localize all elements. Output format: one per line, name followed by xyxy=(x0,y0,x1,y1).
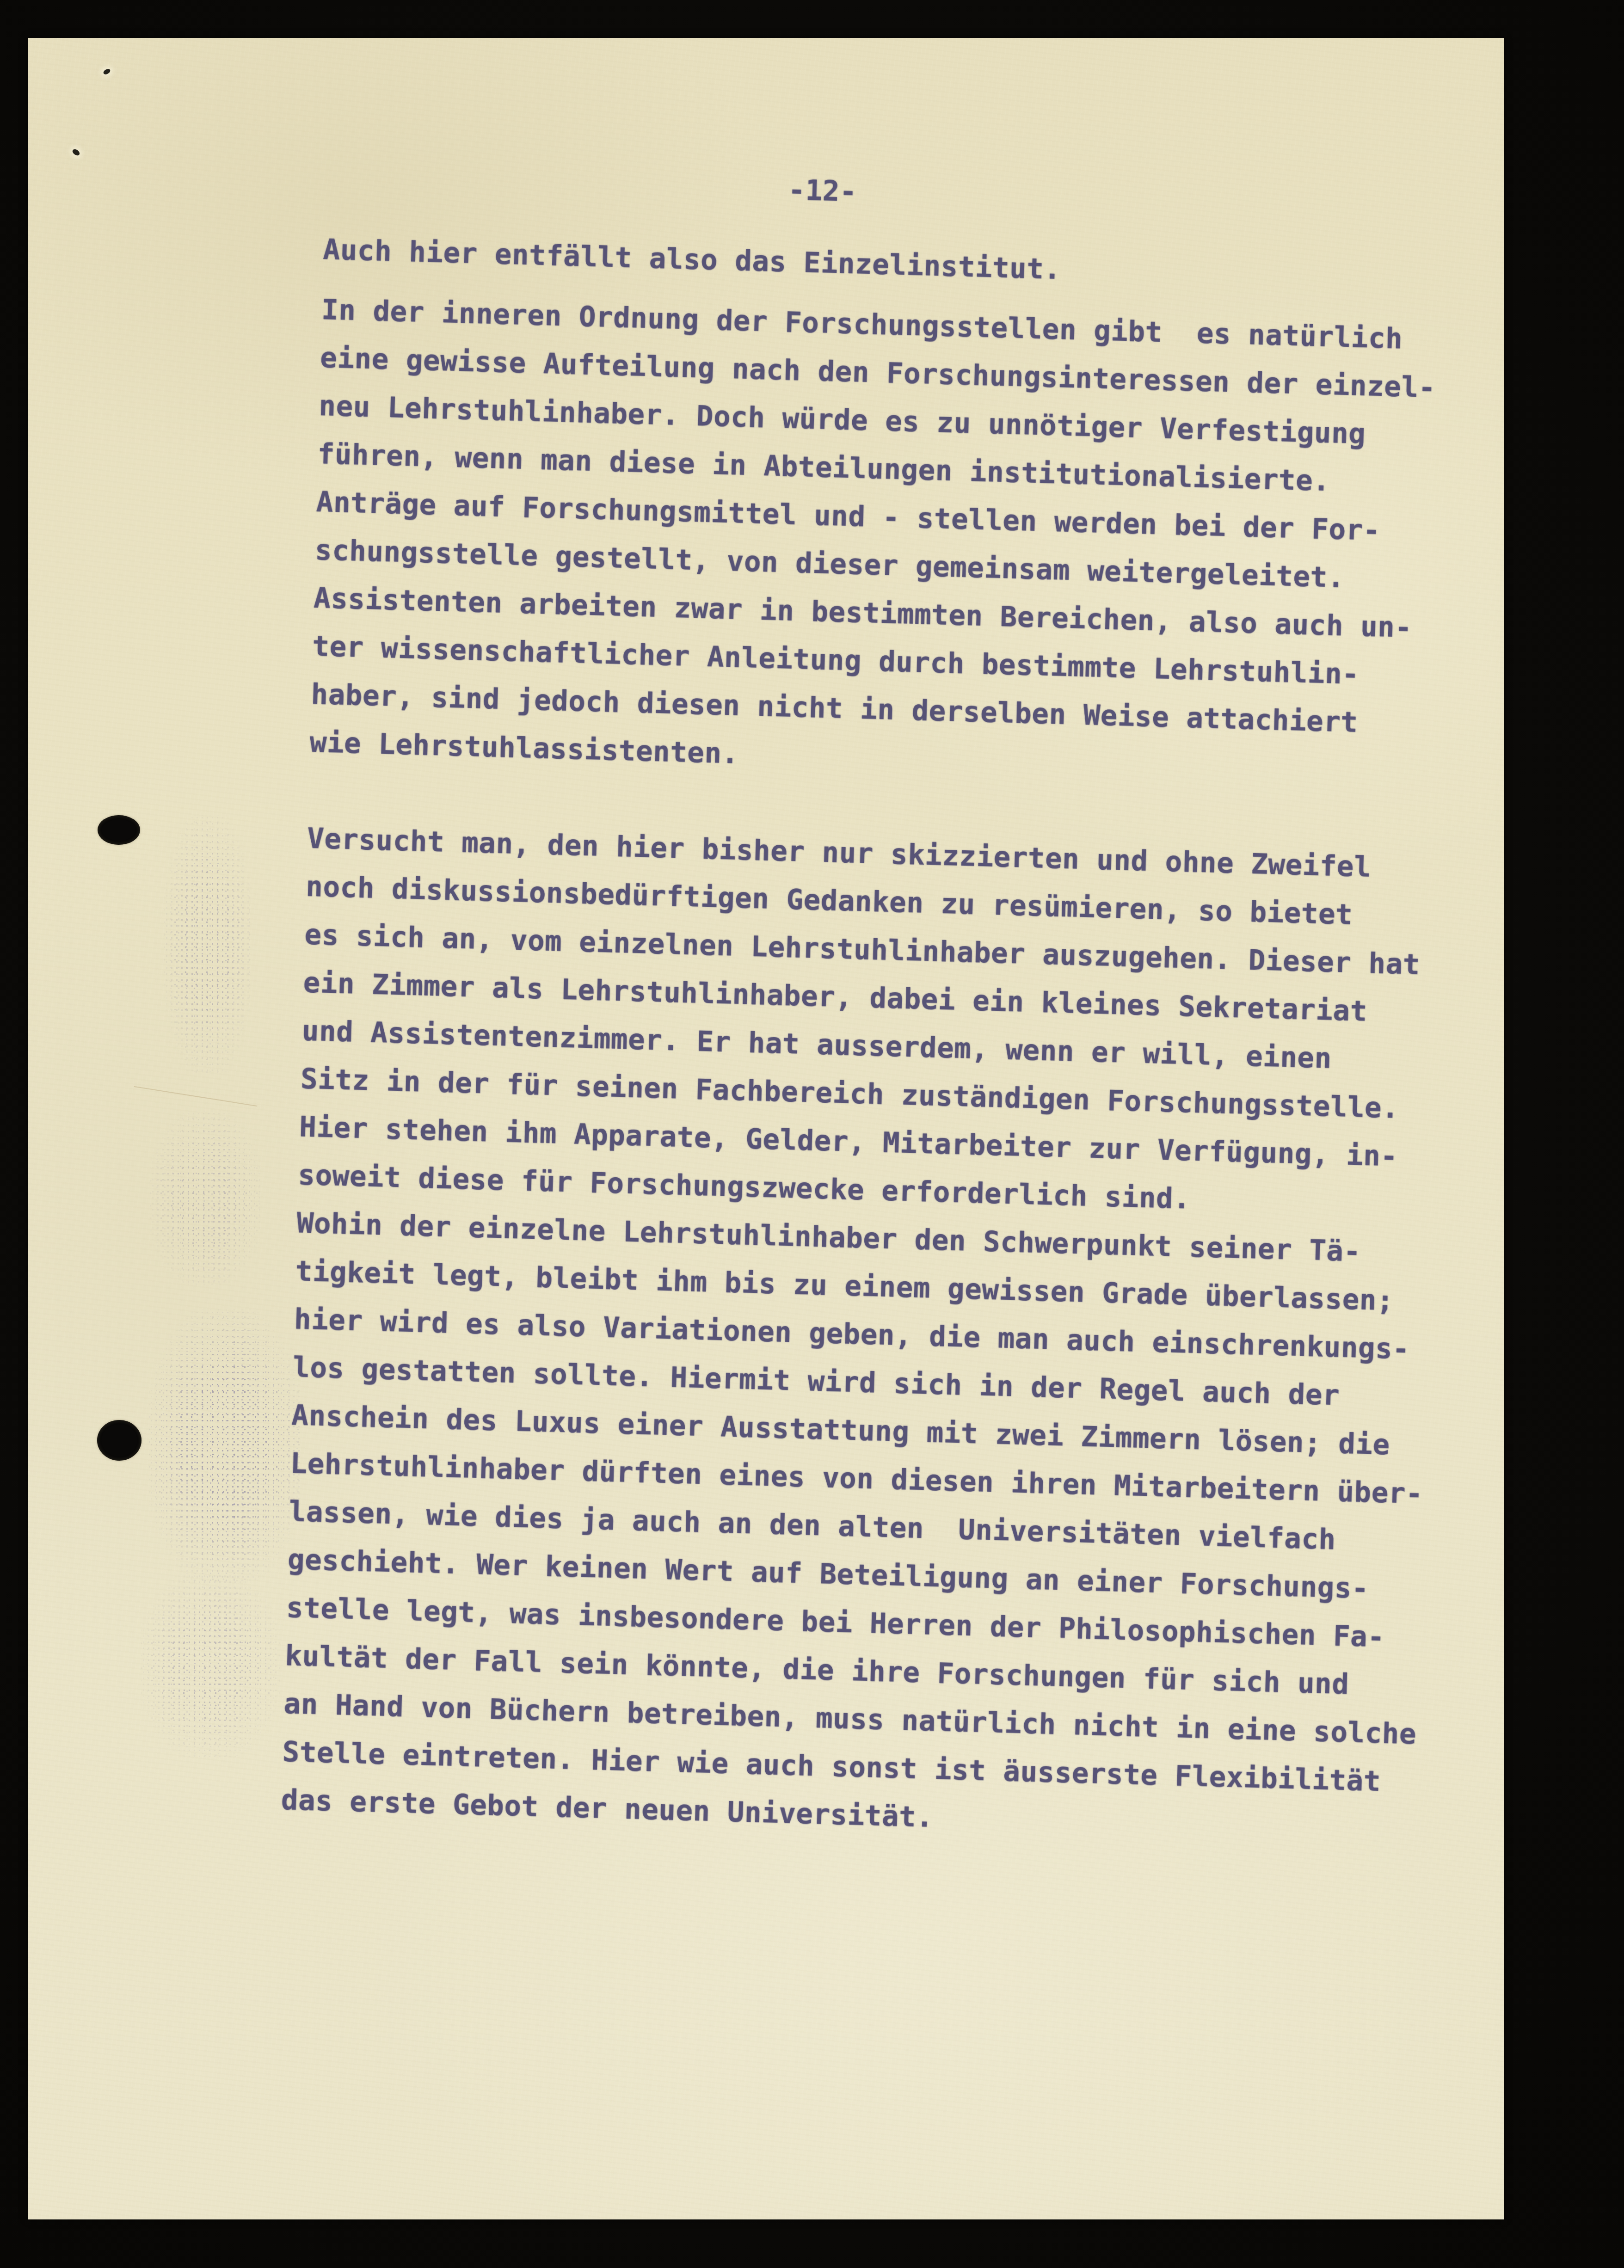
paragraphs-container: Auch hier entfällt also das Einzelinstit… xyxy=(280,226,1507,1856)
paragraph: In der inneren Ordnung der Forschungsste… xyxy=(309,286,1505,799)
page-number: -12- xyxy=(787,166,857,216)
hole-punch xyxy=(97,1420,141,1461)
hole-punch xyxy=(98,815,140,845)
ink-speckle-patch xyxy=(149,1309,301,1582)
ink-speckle-patch xyxy=(141,1573,280,1758)
scan-background: -12- Auch hier entfällt also das Einzeli… xyxy=(0,0,1624,2268)
ink-speckle-patch xyxy=(164,815,252,1074)
paragraph: Versucht man, den hier bisher nur skizzi… xyxy=(280,815,1491,1856)
document-page: -12- Auch hier entfällt also das Einzeli… xyxy=(28,38,1504,2219)
document-text: -12- Auch hier entfällt also das Einzeli… xyxy=(280,226,1507,1856)
ink-speckle-patch xyxy=(150,1111,261,1286)
